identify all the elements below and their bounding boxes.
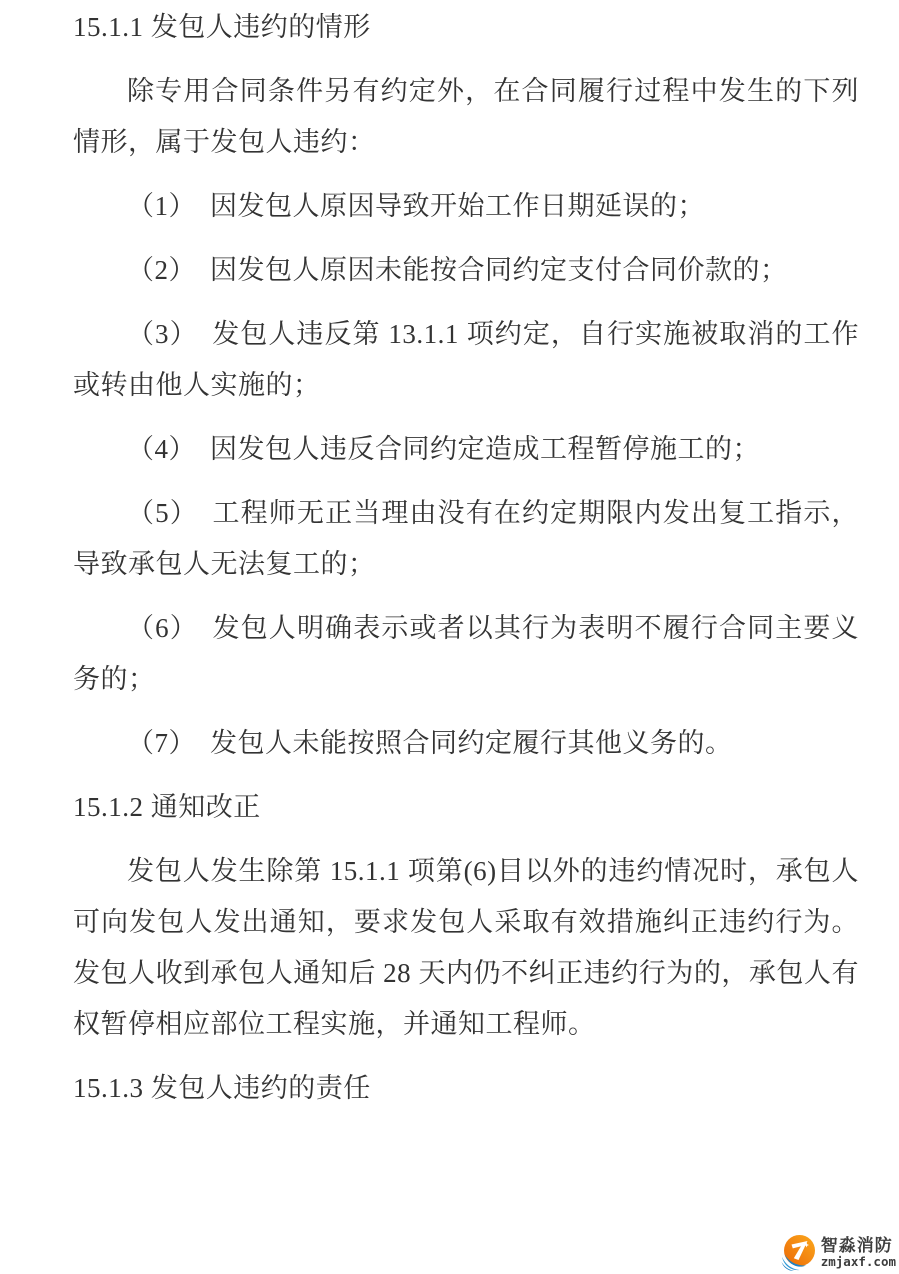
list-item-2: （2） 因发包人原因未能按合同约定支付合同价款的； — [73, 245, 859, 296]
contract-document-page: 15.1.1 发包人违约的情形 除专用合同条件另有约定外，在合同履行过程中发生的… — [0, 0, 899, 1274]
watermark-brand-name: 智淼消防 — [821, 1237, 896, 1254]
section-heading-15-1-1: 15.1.1 发包人违约的情形 — [73, 2, 859, 53]
notice-paragraph: 发包人发生除第 15.1.1 项第(6)目以外的违约情况时，承包人可向发包人发出… — [73, 846, 859, 1050]
watermark: 智淼消防 zmjaxf.com — [781, 1234, 896, 1271]
intro-paragraph: 除专用合同条件另有约定外，在合同履行过程中发生的下列情形，属于发包人违约： — [73, 66, 859, 168]
section-heading-15-1-3: 15.1.3 发包人违约的责任 — [73, 1063, 859, 1114]
zhimiao-fire-logo-icon — [781, 1234, 818, 1271]
list-item-4: （4） 因发包人违反合同约定造成工程暂停施工的； — [73, 424, 859, 475]
list-item-6: （6） 发包人明确表示或者以其行为表明不履行合同主要义务的； — [73, 603, 859, 705]
list-item-5: （5） 工程师无正当理由没有在约定期限内发出复工指示，导致承包人无法复工的； — [73, 488, 859, 590]
watermark-url: zmjaxf.com — [821, 1256, 896, 1269]
list-item-7: （7） 发包人未能按照合同约定履行其他义务的。 — [73, 718, 859, 769]
list-item-3: （3） 发包人违反第 13.1.1 项约定，自行实施被取消的工作或转由他人实施的… — [73, 309, 859, 411]
section-heading-15-1-2: 15.1.2 通知改正 — [73, 782, 859, 833]
list-item-1: （1） 因发包人原因导致开始工作日期延误的； — [73, 181, 859, 232]
watermark-text: 智淼消防 zmjaxf.com — [821, 1237, 896, 1269]
